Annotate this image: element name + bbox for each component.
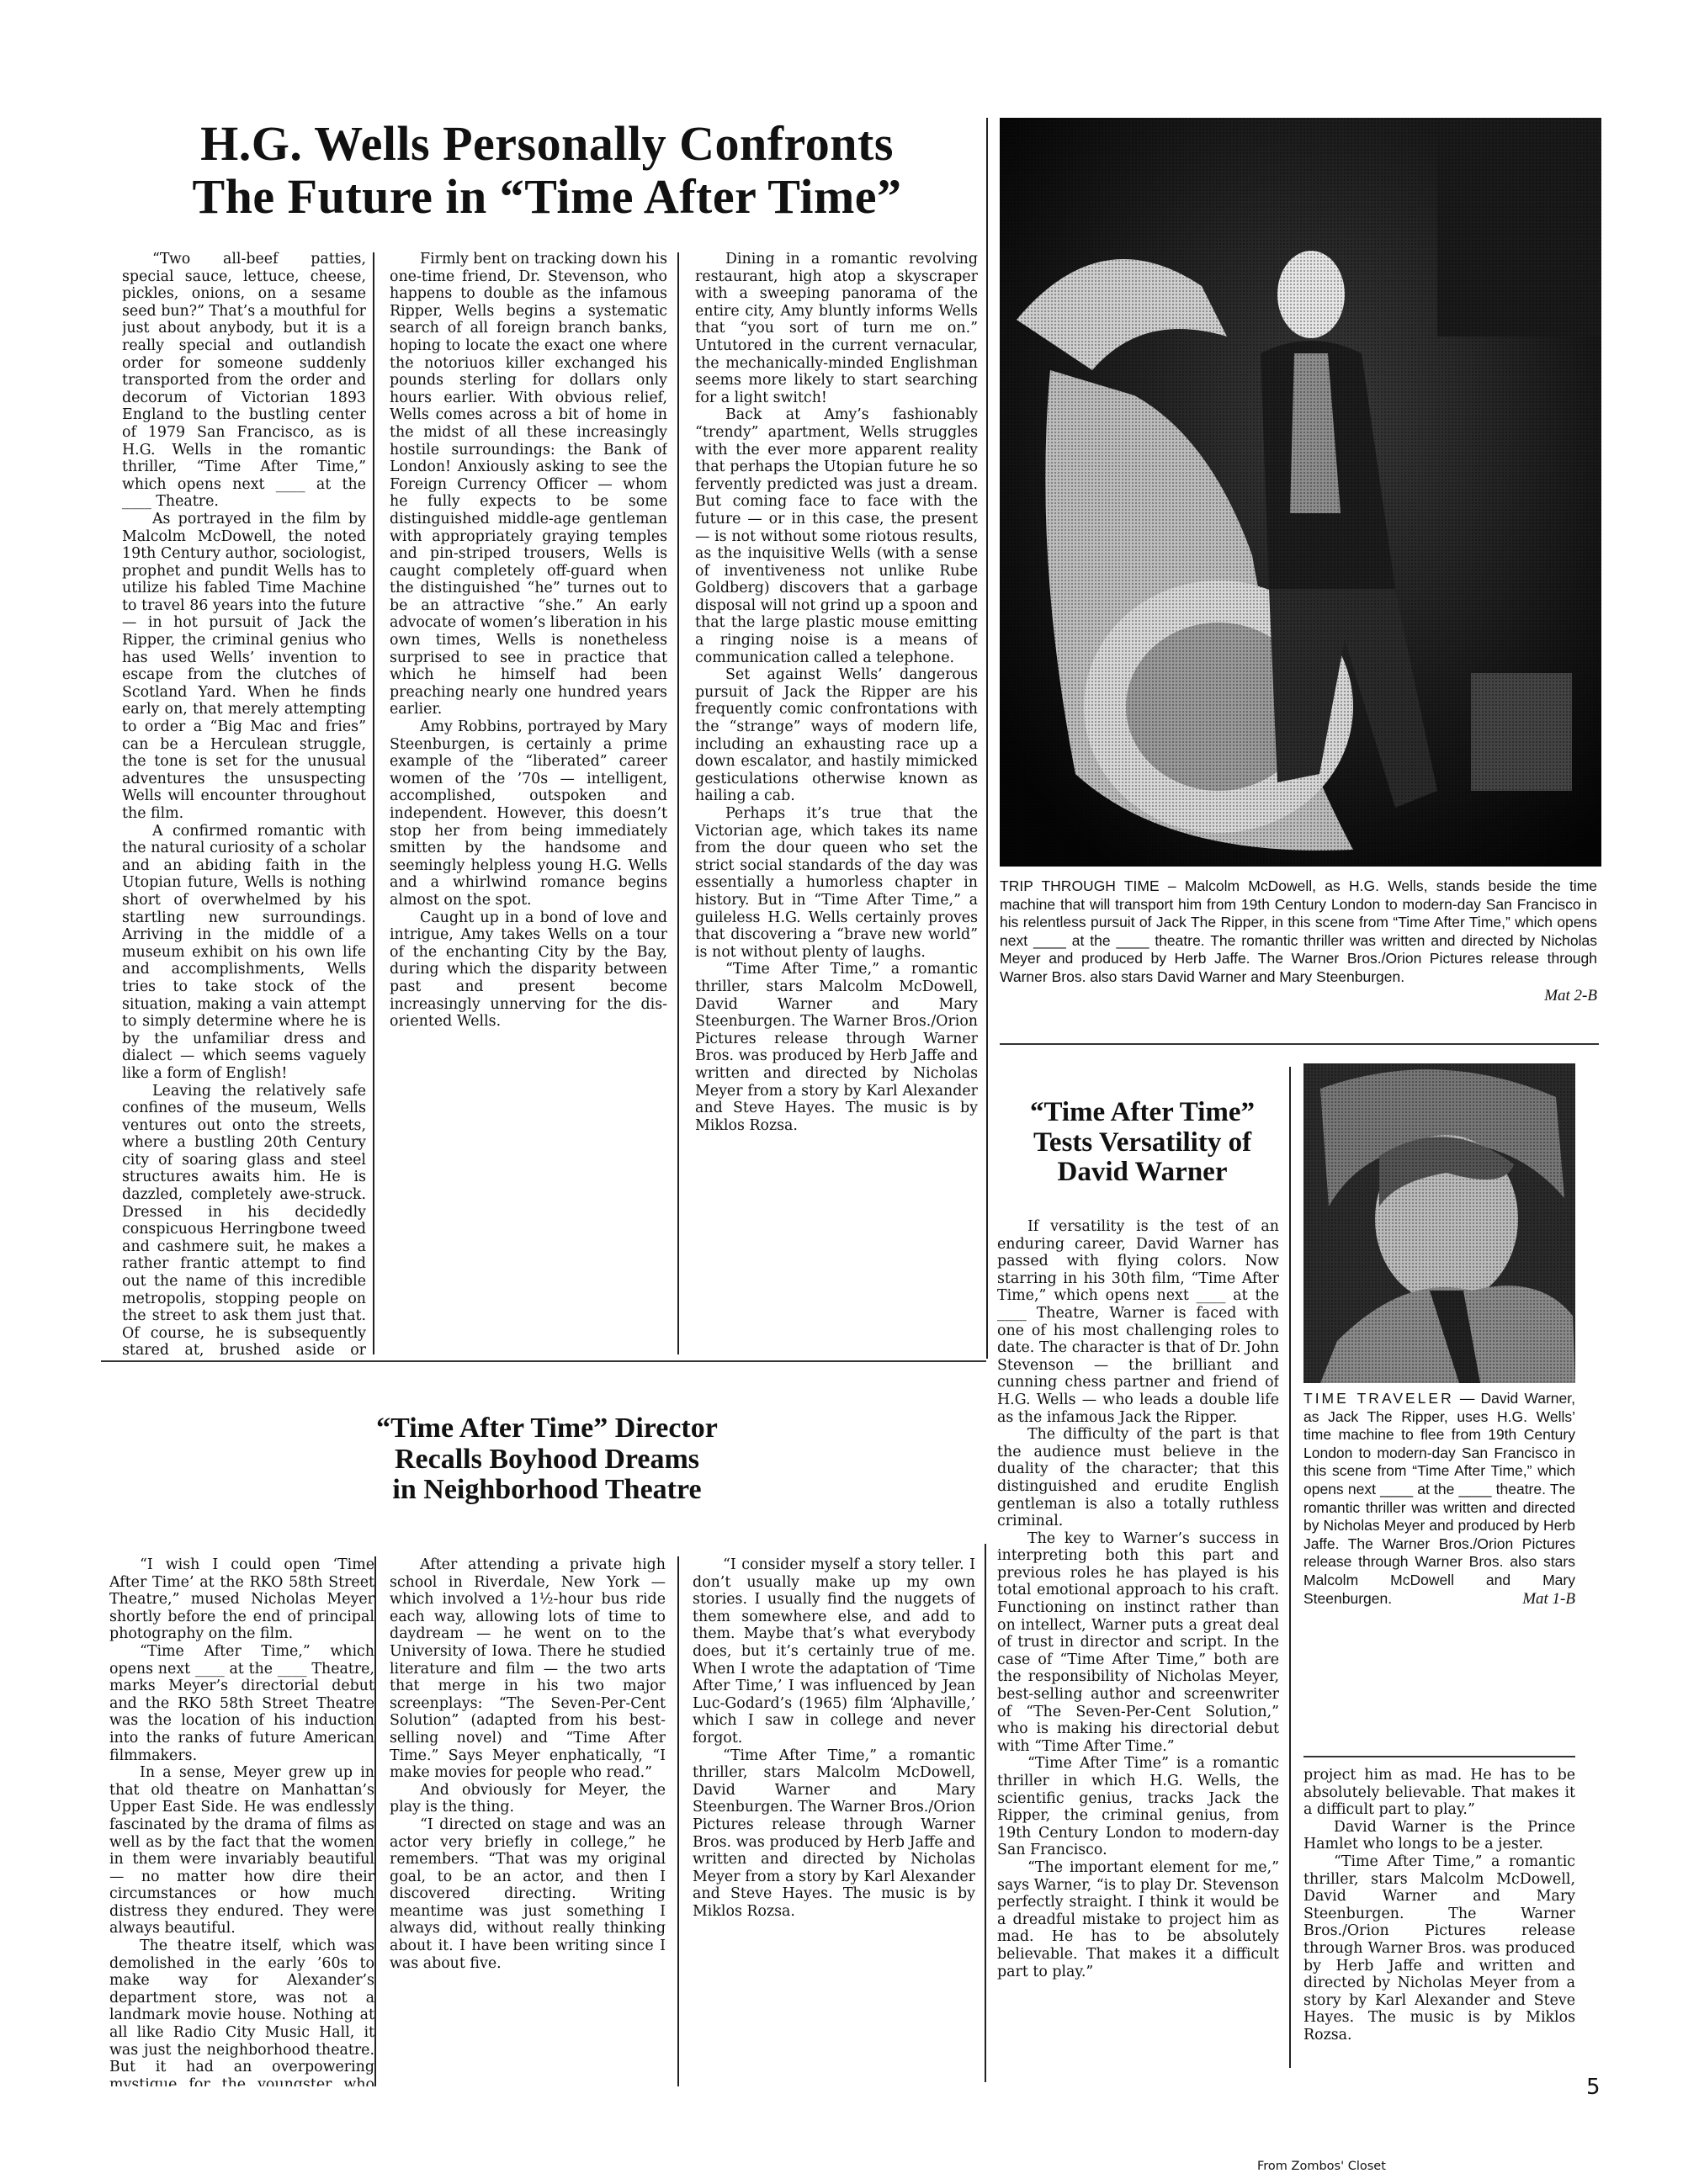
article3-paragraph: “I consider myself a story teller. I don… <box>693 1556 975 1747</box>
article2-headline-line1: “Time After Time” <box>997 1098 1287 1128</box>
column-divider <box>373 252 374 1354</box>
article2-column-1: If versatility is the test of an endurin… <box>997 1218 1279 2068</box>
article1-headline: H.G. Wells Personally Confronts The Futu… <box>118 118 976 223</box>
article2-headline-line3: David Warner <box>997 1158 1287 1188</box>
photo-david-warner <box>1303 1063 1575 1383</box>
photo2-caption: TIME TRAVELER — David Warner, as Jack Th… <box>1303 1390 1575 1608</box>
article1-paragraph: “Time After Time,” a romantic thriller, … <box>695 961 978 1134</box>
article2-paragraph: “Time After Time” is a romantic thriller… <box>997 1755 1279 1859</box>
article2-paragraph-continued: project him as mad. He has to be absolut… <box>1303 1767 1575 1819</box>
article1-paragraph: “Two all-beef patties, special sauce, le… <box>122 251 366 511</box>
article2-paragraph: “Time After Time,” a romantic thriller, … <box>1303 1853 1575 2044</box>
article1-column-2: Firmly bent on tracking down his one-tim… <box>390 251 667 1357</box>
article1-paragraph: Set against Wells’ dangerous pursuit of … <box>695 666 978 805</box>
article2-headline: “Time After Time” Tests Versatility of D… <box>997 1098 1287 1188</box>
column-divider <box>985 1544 986 2082</box>
article3-column-2: After attending a private high school in… <box>390 1556 666 2086</box>
column-divider <box>1289 1067 1291 2068</box>
article1-paragraph: Firmly bent on tracking down his one-tim… <box>390 251 667 718</box>
article3-paragraph: In a sense, Meyer grew up in that old th… <box>109 1764 374 1938</box>
photo1-mat-number: Mat 2-B <box>1000 987 1597 1005</box>
article1-paragraph: Caught up in a bond of love and intrigue… <box>390 909 667 1031</box>
photo-mcdowell-time-machine <box>1000 118 1601 867</box>
column-divider <box>374 1556 376 2086</box>
article1-paragraph: Leaving the relatively safe confines of … <box>122 1083 366 1358</box>
caption-divider <box>1303 1756 1575 1757</box>
article3-paragraph: “I directed on stage and was an actor ve… <box>390 1816 666 1972</box>
article3-paragraph: “Time After Time,” which opens next ____… <box>109 1643 374 1764</box>
article2-paragraph: “The important element for me,” says War… <box>997 1859 1279 1980</box>
article3-headline-line3: in Neighborhood Theatre <box>269 1475 825 1506</box>
section-divider <box>986 118 988 1359</box>
article2-paragraph: David Warner is the Prince Hamlet who lo… <box>1303 1819 1575 1853</box>
article3-paragraph: The theatre itself, which was demolished… <box>109 1938 374 2086</box>
article1-headline-line1: H.G. Wells Personally Confronts <box>118 118 976 171</box>
caption-divider <box>1000 1043 1599 1045</box>
article1-paragraph: Dining in a romantic revolving restauran… <box>695 251 978 406</box>
column-divider <box>677 252 679 1354</box>
article1-column-3: Dining in a romantic revolving restauran… <box>695 251 978 1357</box>
article3-paragraph: After attending a private high school in… <box>390 1556 666 1782</box>
article2-paragraph: The difficulty of the part is that the a… <box>997 1426 1279 1530</box>
article1-paragraph: Back at Amy’s fashionably “trendy” apart… <box>695 406 978 666</box>
article1-paragraph: Perhaps it’s true that the Victorian age… <box>695 805 978 961</box>
section-divider <box>101 1360 986 1362</box>
source-credit: From Zombos' Closet <box>1257 2160 1386 2173</box>
article3-headline-line1: “Time After Time” Director <box>269 1413 825 1445</box>
article1-headline-line2: The Future in “Time After Time” <box>118 171 976 224</box>
article2-headline-line2: Tests Versatility of <box>997 1128 1287 1158</box>
column-divider <box>677 1556 679 2086</box>
article3-column-1: “I wish I could open ‘Time After Time’ a… <box>109 1556 374 2086</box>
article3-headline-line2: Recalls Boyhood Dreams <box>269 1445 825 1476</box>
article2-column-2: project him as mad. He has to be absolut… <box>1303 1767 1575 2070</box>
article3-column-3: “I consider myself a story teller. I don… <box>693 1556 975 2086</box>
photo-image <box>1303 1063 1575 1383</box>
article3-paragraph: “I wish I could open ‘Time After Time’ a… <box>109 1556 374 1643</box>
article3-paragraph: And obviously for Meyer, the play is the… <box>390 1782 666 1816</box>
article1-paragraph: A confirmed romantic with the natural cu… <box>122 823 366 1083</box>
photo-image <box>1000 118 1601 867</box>
photo2-caption-lead: TIME TRAVELER <box>1303 1390 1454 1407</box>
photo1-caption: TRIP THROUGH TIME – Malcolm McDowell, as… <box>1000 877 1597 1005</box>
article3-headline: “Time After Time” Director Recalls Boyho… <box>269 1413 825 1506</box>
article1-column-1: “Two all-beef patties, special sauce, le… <box>122 251 366 1357</box>
article1-paragraph: Amy Robbins, portrayed by Mary Steenburg… <box>390 718 667 909</box>
page-number: 5 <box>1586 2075 1601 2100</box>
photo2-caption-body: David Warner, as Jack The Ripper, uses H… <box>1303 1390 1575 1607</box>
photo2-mat-number: Mat 1-B <box>1522 1590 1575 1609</box>
article3-paragraph: “Time After Time,” a romantic thriller, … <box>693 1747 975 1921</box>
photo1-caption-lead: TRIP THROUGH TIME <box>1000 877 1160 894</box>
article1-paragraph: As portrayed in the film by Malcolm McDo… <box>122 511 366 823</box>
article2-paragraph: The key to Warner’s success in interpret… <box>997 1530 1279 1756</box>
article2-paragraph: If versatility is the test of an endurin… <box>997 1218 1279 1426</box>
